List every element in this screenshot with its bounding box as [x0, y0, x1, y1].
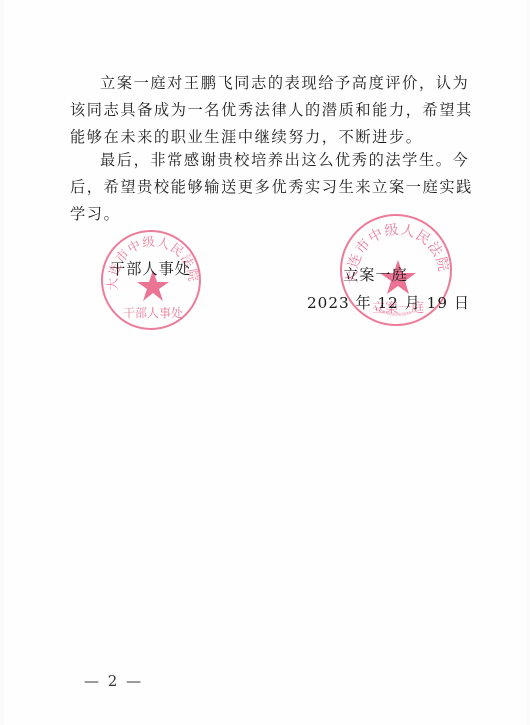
seal-star-icon: 大连市中级人民法院 干部人事处 — [103, 232, 203, 332]
signature-personnel-department: 干部人事处 — [110, 258, 191, 279]
signature-filing-division: 立案一庭 — [343, 264, 408, 285]
official-seal-personnel: 大连市中级人民法院 干部人事处 — [101, 230, 201, 330]
signature-date: 2023 年 12 月 19 日 — [307, 292, 470, 313]
page-number: — 2 — — [84, 672, 143, 690]
paragraph-evaluation: 立案一庭对王鹏飞同志的表现给予高度评价，认为该同志具备成为一名优秀法律人的潜质和… — [70, 70, 480, 151]
seal-bottom-text: 干部人事处 — [123, 305, 183, 320]
document-page: 立案一庭对王鹏飞同志的表现给予高度评价，认为该同志具备成为一名优秀法律人的潜质和… — [4, 0, 526, 725]
